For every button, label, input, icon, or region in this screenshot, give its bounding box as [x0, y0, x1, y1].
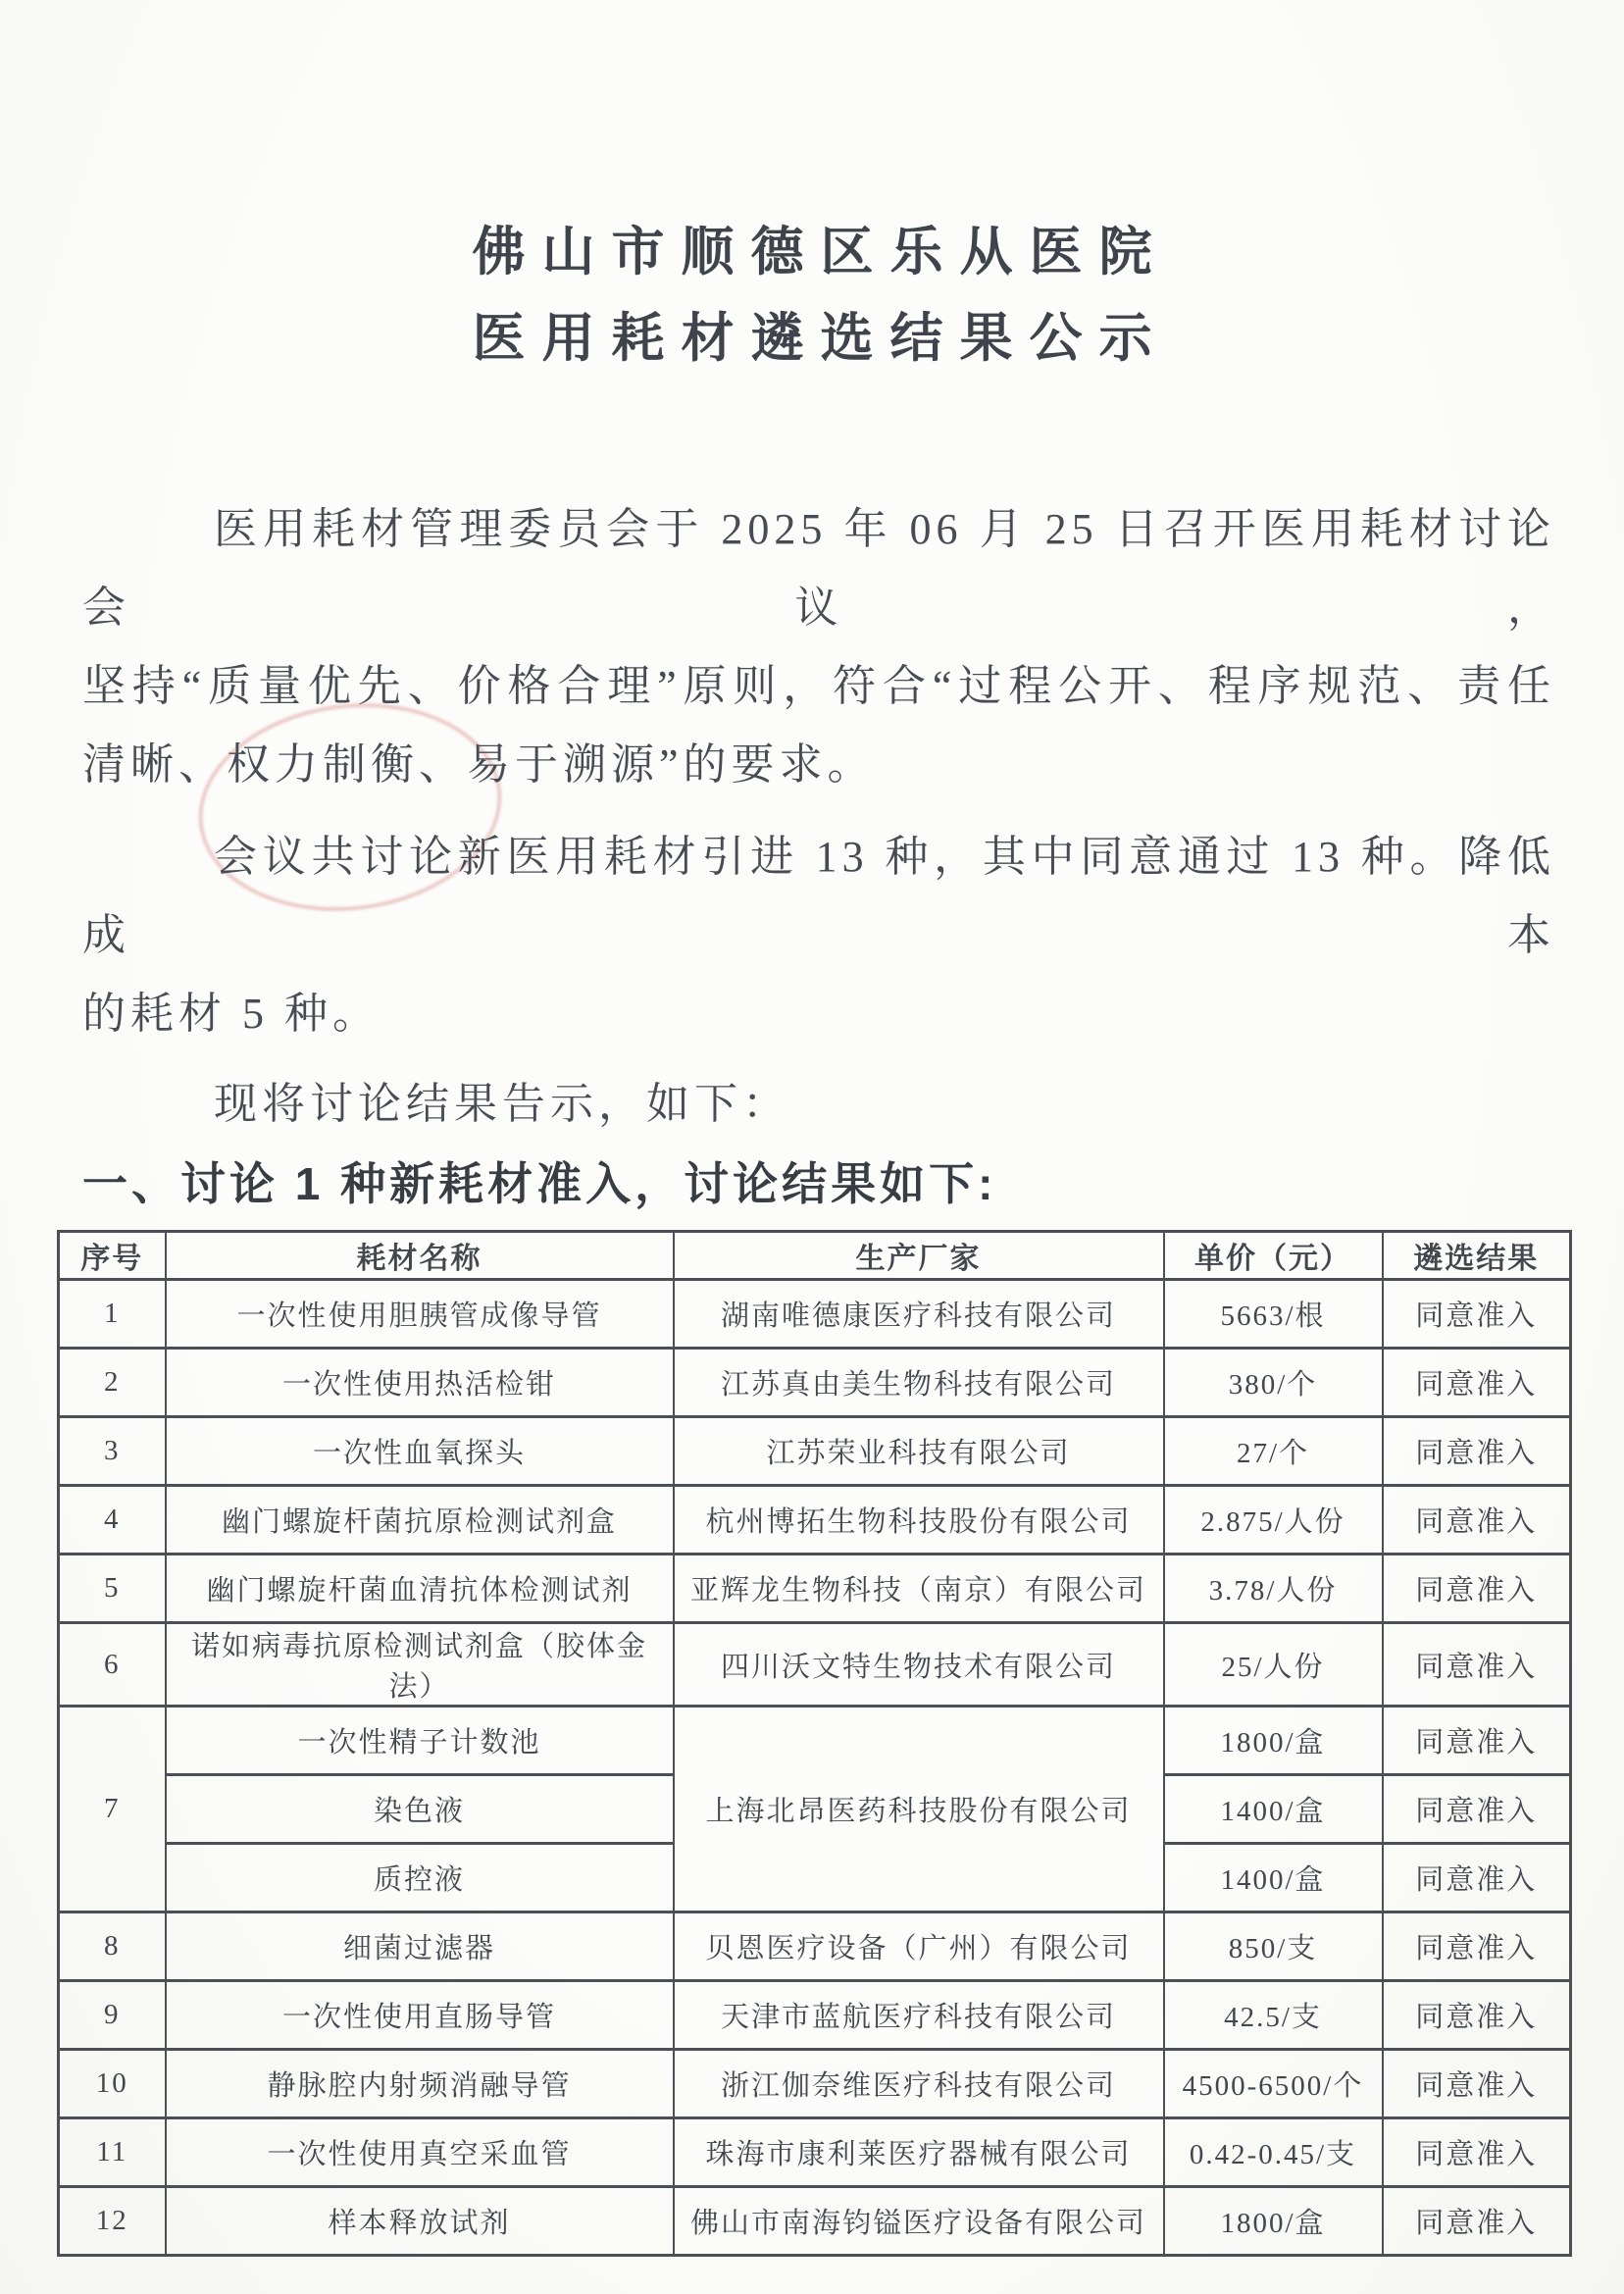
document-content: 佛山市顺德区乐从医院 医用耗材遴选结果公示 医用耗材管理委员会于 2025 年 … [0, 0, 1624, 2257]
cell-result: 同意准入 [1383, 1912, 1571, 1981]
cell-maker: 四川沃文特生物技术有限公司 [674, 1623, 1164, 1707]
cell-no: 11 [59, 2118, 166, 2187]
cell-name: 样本释放试剂 [166, 2187, 674, 2256]
col-header-name: 耗材名称 [166, 1232, 674, 1280]
cell-maker: 天津市蓝航医疗科技有限公司 [674, 1981, 1164, 2050]
table-row: 4 幽门螺旋杆菌抗原检测试剂盒 杭州博拓生物科技股份有限公司 2.875/人份 … [59, 1486, 1571, 1555]
cell-maker: 珠海市康利莱医疗器械有限公司 [674, 2118, 1164, 2187]
col-header-no: 序号 [59, 1232, 166, 1280]
table-row: 9 一次性使用直肠导管 天津市蓝航医疗科技有限公司 42.5/支 同意准入 [59, 1981, 1571, 2050]
table-row: 10 静脉腔内射频消融导管 浙江伽奈维医疗科技有限公司 4500-6500/个 … [59, 2050, 1571, 2118]
cell-result: 同意准入 [1383, 1280, 1571, 1349]
cell-price: 2.875/人份 [1164, 1486, 1383, 1555]
cell-maker: 亚辉龙生物科技（南京）有限公司 [674, 1555, 1164, 1623]
cell-no: 1 [59, 1280, 166, 1349]
selection-result-table: 序号 耗材名称 生产厂家 单价（元） 遴选结果 1 一次性使用胆胰管成像导管 湖… [57, 1230, 1572, 2257]
cell-name: 一次性精子计数池 [166, 1707, 674, 1775]
table-row: 2 一次性使用热活检钳 江苏真由美生物科技有限公司 380/个 同意准入 [59, 1349, 1571, 1417]
cell-maker: 浙江伽奈维医疗科技有限公司 [674, 2050, 1164, 2118]
cell-price: 27/个 [1164, 1417, 1383, 1486]
paragraph1-line1: 医用耗材管理委员会于 2025 年 06 月 25 日召开医用耗材讨论会议， [82, 490, 1555, 647]
cell-price: 1400/盒 [1164, 1844, 1383, 1912]
cell-maker: 江苏真由美生物科技有限公司 [674, 1349, 1164, 1417]
cell-no: 5 [59, 1555, 166, 1623]
cell-result: 同意准入 [1383, 1981, 1571, 2050]
cell-name: 静脉腔内射频消融导管 [166, 2050, 674, 2118]
cell-price: 4500-6500/个 [1164, 2050, 1383, 2118]
table-row: 1 一次性使用胆胰管成像导管 湖南唯德康医疗科技有限公司 5663/根 同意准入 [59, 1280, 1571, 1349]
paragraph2-line1: 会议共讨论新医用耗材引进 13 种，其中同意通过 13 种。降低成本 [82, 818, 1555, 975]
table-row: 12 样本释放试剂 佛山市南海钧镒医疗设备有限公司 1800/盒 同意准入 [59, 2187, 1571, 2256]
cell-result: 同意准入 [1383, 1555, 1571, 1623]
cell-result: 同意准入 [1383, 2187, 1571, 2256]
cell-no: 9 [59, 1981, 166, 2050]
body-text-block: 医用耗材管理委员会于 2025 年 06 月 25 日召开医用耗材讨论会议， 坚… [82, 490, 1555, 1144]
cell-result: 同意准入 [1383, 2050, 1571, 2118]
cell-price: 1800/盒 [1164, 2187, 1383, 2256]
table-row-merged-7a: 7 一次性精子计数池 上海北昂医药科技股份有限公司 1800/盒 同意准入 [59, 1707, 1571, 1775]
cell-result: 同意准入 [1383, 1486, 1571, 1555]
cell-result: 同意准入 [1383, 1349, 1571, 1417]
section-heading: 一、讨论 1 种新耗材准入，讨论结果如下: [82, 1149, 1555, 1218]
cell-no: 8 [59, 1912, 166, 1981]
cell-no: 7 [59, 1707, 166, 1912]
cell-name: 幽门螺旋杆菌抗原检测试剂盒 [166, 1486, 674, 1555]
cell-no: 4 [59, 1486, 166, 1555]
cell-result: 同意准入 [1383, 1417, 1571, 1486]
col-header-price: 单价（元） [1164, 1232, 1383, 1280]
scanned-document-page: 佛山市顺德区乐从医院 医用耗材遴选结果公示 医用耗材管理委员会于 2025 年 … [0, 0, 1624, 2294]
cell-price: 380/个 [1164, 1349, 1383, 1417]
paragraph3: 现将讨论结果告示，如下： [82, 1065, 1555, 1144]
cell-result: 同意准入 [1383, 1775, 1571, 1844]
col-header-maker: 生产厂家 [674, 1232, 1164, 1280]
document-title-line2: 医用耗材遴选结果公示 [0, 307, 1624, 370]
cell-name: 质控液 [166, 1844, 674, 1912]
table-row: 6 诺如病毒抗原检测试剂盒（胶体金法） 四川沃文特生物技术有限公司 25/人份 … [59, 1623, 1571, 1707]
cell-name: 幽门螺旋杆菌血清抗体检测试剂 [166, 1555, 674, 1623]
cell-price: 0.42-0.45/支 [1164, 2118, 1383, 2187]
cell-maker: 佛山市南海钧镒医疗设备有限公司 [674, 2187, 1164, 2256]
paragraph2-line2: 的耗材 5 种。 [82, 975, 1555, 1053]
cell-price: 1800/盒 [1164, 1707, 1383, 1775]
table-row: 5 幽门螺旋杆菌血清抗体检测试剂 亚辉龙生物科技（南京）有限公司 3.78/人份… [59, 1555, 1571, 1623]
cell-result: 同意准入 [1383, 2118, 1571, 2187]
cell-maker: 贝恩医疗设备（广州）有限公司 [674, 1912, 1164, 1981]
table-header-row: 序号 耗材名称 生产厂家 单价（元） 遴选结果 [59, 1232, 1571, 1280]
cell-name: 一次性血氧探头 [166, 1417, 674, 1486]
col-header-result: 遴选结果 [1383, 1232, 1571, 1280]
cell-name: 一次性使用热活检钳 [166, 1349, 674, 1417]
cell-result: 同意准入 [1383, 1844, 1571, 1912]
cell-price: 1400/盒 [1164, 1775, 1383, 1844]
table-row: 8 细菌过滤器 贝恩医疗设备（广州）有限公司 850/支 同意准入 [59, 1912, 1571, 1981]
paragraph1-line3: 清晰、权力制衡、易于溯源”的要求。 [82, 726, 1555, 804]
cell-name: 一次性使用直肠导管 [166, 1981, 674, 2050]
cell-no: 2 [59, 1349, 166, 1417]
cell-name: 诺如病毒抗原检测试剂盒（胶体金法） [166, 1623, 674, 1707]
cell-price: 5663/根 [1164, 1280, 1383, 1349]
cell-name: 染色液 [166, 1775, 674, 1844]
cell-no: 3 [59, 1417, 166, 1486]
cell-no: 12 [59, 2187, 166, 2256]
cell-no: 6 [59, 1623, 166, 1707]
cell-price: 850/支 [1164, 1912, 1383, 1981]
table-row: 11 一次性使用真空采血管 珠海市康利莱医疗器械有限公司 0.42-0.45/支… [59, 2118, 1571, 2187]
table-row: 3 一次性血氧探头 江苏荣业科技有限公司 27/个 同意准入 [59, 1417, 1571, 1486]
cell-name: 一次性使用胆胰管成像导管 [166, 1280, 674, 1349]
cell-name: 一次性使用真空采血管 [166, 2118, 674, 2187]
cell-no: 10 [59, 2050, 166, 2118]
cell-price: 25/人份 [1164, 1623, 1383, 1707]
cell-maker: 江苏荣业科技有限公司 [674, 1417, 1164, 1486]
cell-maker: 杭州博拓生物科技股份有限公司 [674, 1486, 1164, 1555]
cell-result: 同意准入 [1383, 1623, 1571, 1707]
cell-maker: 湖南唯德康医疗科技有限公司 [674, 1280, 1164, 1349]
cell-maker: 上海北昂医药科技股份有限公司 [674, 1707, 1164, 1912]
document-title-line1: 佛山市顺德区乐从医院 [0, 0, 1624, 283]
cell-price: 3.78/人份 [1164, 1555, 1383, 1623]
cell-name: 细菌过滤器 [166, 1912, 674, 1981]
cell-result: 同意准入 [1383, 1707, 1571, 1775]
cell-price: 42.5/支 [1164, 1981, 1383, 2050]
paragraph1-line2: 坚持“质量优先、价格合理”原则，符合“过程公开、程序规范、责任 [82, 647, 1555, 726]
